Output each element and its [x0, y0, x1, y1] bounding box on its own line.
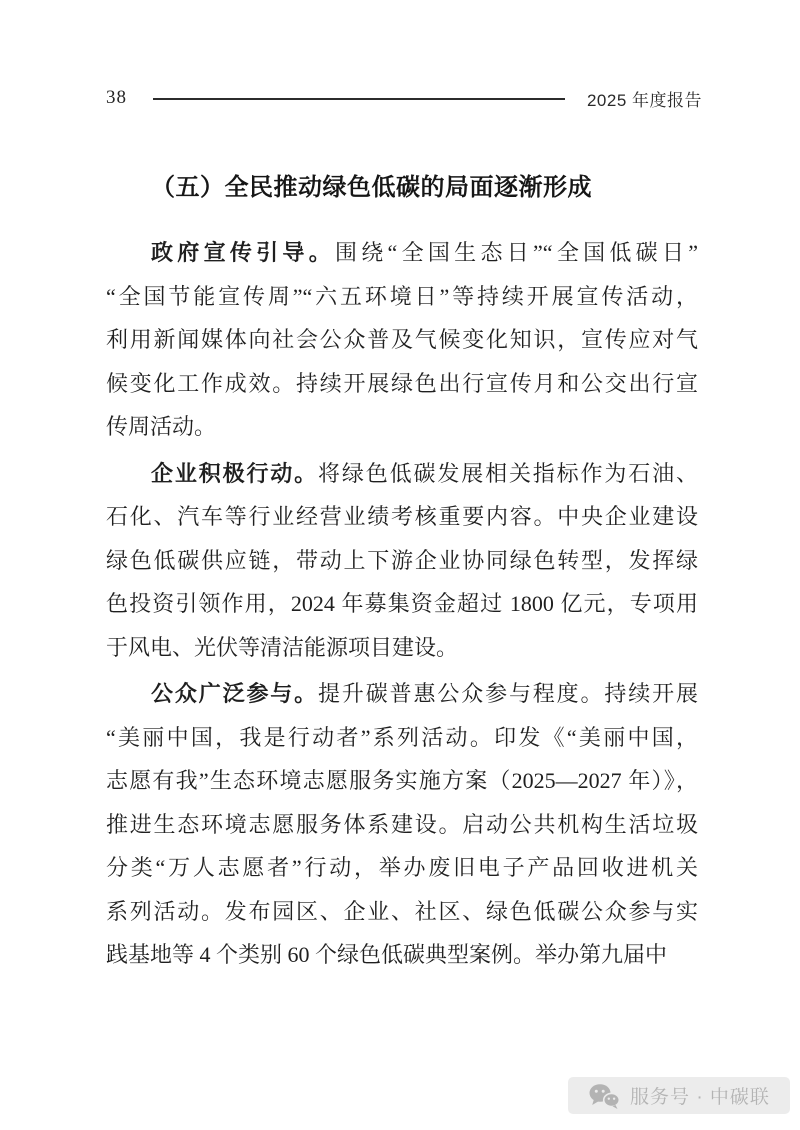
paragraph: 企业积极行动。将绿色低碳发展相关指标作为石油、 石化、汽车等行业经营业绩考核重要…	[106, 452, 698, 670]
text-line: 践基地等 4 个类别 60 个绿色低碳典型案例。举办第九届中	[106, 933, 698, 977]
text-line: 企业积极行动。将绿色低碳发展相关指标作为石油、	[106, 452, 698, 496]
header-rule	[153, 98, 565, 100]
paragraph: 政府宣传引导。围绕“全国生态日”“全国低碳日” “全国节能宣传周”“六五环境日”…	[106, 231, 698, 449]
section-heading: （五）全民推动绿色低碳的局面逐渐形成	[151, 167, 671, 202]
text-line: 推进生态环境志愿服务体系建设。启动公共机构生活垃圾	[106, 803, 698, 847]
text-line: “全国节能宣传周”“六五环境日”等持续开展宣传活动，	[106, 275, 698, 319]
text-line: 分类“万人志愿者”行动，举办废旧电子产品回收进机关	[106, 846, 698, 890]
text-line: 政府宣传引导。围绕“全国生态日”“全国低碳日”	[106, 231, 698, 275]
wechat-watermark-badge: 服务号 · 中碳联	[568, 1077, 790, 1114]
report-title: 2025 年度报告	[587, 86, 702, 111]
paragraph: 公众广泛参与。提升碳普惠公众参与程度。持续开展 “美丽中国，我是行动者”系列活动…	[106, 672, 698, 977]
document-body: 政府宣传引导。围绕“全国生态日”“全国低碳日” “全国节能宣传周”“六五环境日”…	[106, 231, 698, 980]
page-number: 38	[106, 87, 127, 109]
paragraph-lead: 企业积极行动。	[151, 461, 318, 486]
text-run: 将绿色低碳发展相关指标作为石油、	[318, 461, 698, 486]
text-line: 利用新闻媒体向社会公众普及气候变化知识，宣传应对气	[106, 318, 698, 362]
wechat-icon	[588, 1083, 620, 1109]
text-run: 提升碳普惠公众参与程度。持续开展	[318, 681, 698, 706]
text-line: 志愿有我”生态环境志愿服务实施方案（2025—2027 年）》，	[106, 759, 698, 803]
text-line: 于风电、光伏等清洁能源项目建设。	[106, 626, 698, 670]
page-header: 38 2025 年度报告	[106, 86, 702, 110]
text-line: 公众广泛参与。提升碳普惠公众参与程度。持续开展	[106, 672, 698, 716]
text-line: 传周活动。	[106, 405, 698, 449]
text-line: 系列活动。发布园区、企业、社区、绿色低碳公众参与实	[106, 890, 698, 934]
paragraph-lead: 公众广泛参与。	[151, 681, 318, 706]
paragraph-lead: 政府宣传引导。	[151, 240, 335, 265]
text-line: 候变化工作成效。持续开展绿色出行宣传月和公交出行宣	[106, 362, 698, 406]
text-line: 色投资引领作用，2024 年募集资金超过 1800 亿元，专项用	[106, 582, 698, 626]
watermark-label: 服务号 · 中碳联	[630, 1082, 770, 1109]
document-page: 38 2025 年度报告 （五）全民推动绿色低碳的局面逐渐形成 政府宣传引导。围…	[0, 0, 800, 1130]
text-line: “美丽中国，我是行动者”系列活动。印发《“美丽中国，	[106, 716, 698, 760]
text-line: 绿色低碳供应链，带动上下游企业协同绿色转型，发挥绿	[106, 539, 698, 583]
text-run: 围绕“全国生态日”“全国低碳日”	[335, 240, 698, 265]
text-line: 石化、汽车等行业经营业绩考核重要内容。中央企业建设	[106, 495, 698, 539]
